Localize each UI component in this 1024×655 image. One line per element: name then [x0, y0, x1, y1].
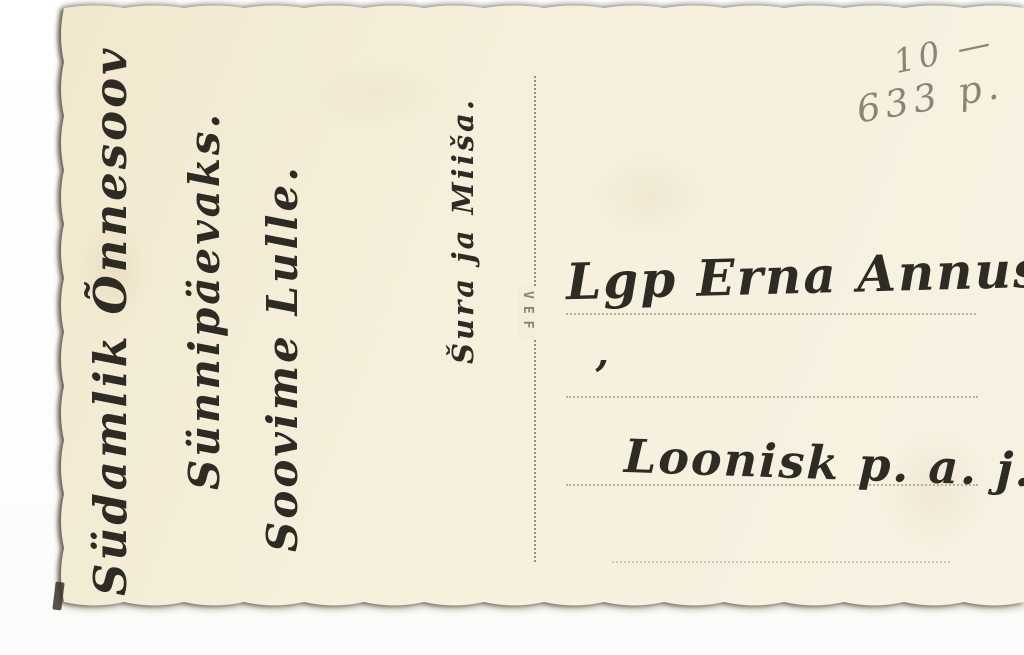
address-ruled-line-4 — [612, 561, 950, 563]
greeting-line-2: Sünnipäevaks. — [180, 88, 229, 490]
address-comma-mark: ’ — [594, 352, 609, 401]
scanned-postcard-back: Südamlik Õnnesoov Sünnipäevaks. Soovime … — [0, 0, 1024, 655]
address-recipient: Lgp Erna Annus — [565, 240, 1024, 311]
address-ruled-line-2 — [566, 396, 978, 398]
greeting-line-1: Südamlik Õnnesoov — [84, 30, 137, 596]
greeting-line-3: Soovime Lulle. — [258, 138, 307, 552]
address-ruled-line-1 — [566, 313, 976, 315]
vef-printer-mark: VEF — [518, 286, 537, 340]
signature-names: Šura ja Miiša. — [446, 56, 480, 364]
